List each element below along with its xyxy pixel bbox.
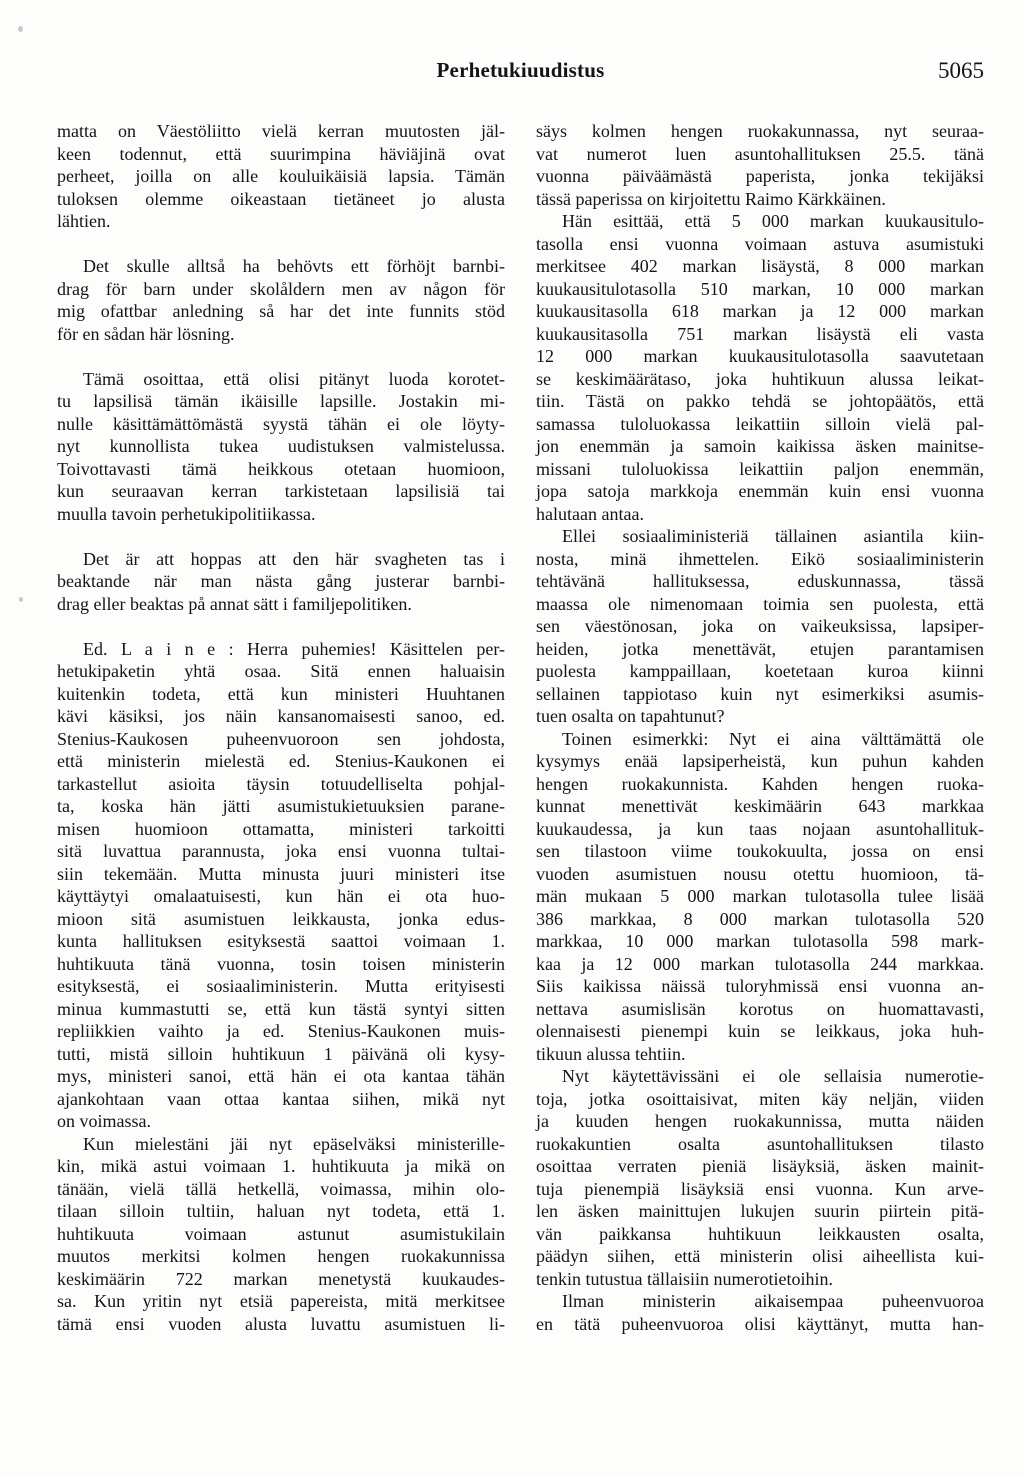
text-line: tasolla ensi vuonna voimaan astuva asumi… [536, 233, 984, 256]
text-line: tenkin tutustua tällaisiin numerotietoih… [536, 1268, 984, 1291]
text-line: matta on Väestöliitto vielä kerran muuto… [57, 120, 505, 143]
text-line: säys kolmen hengen ruokakunnassa, nyt se… [536, 120, 984, 143]
text-line: jon enemmän ja samoin kaikissa äsken mai… [536, 435, 984, 458]
paragraph: Ilman ministerin aikaisempaa puheenvuoro… [536, 1290, 984, 1335]
text-line: hengen ruokakunnista. Kahden hengen ruok… [536, 773, 984, 796]
text-line: mioon sitä asumistuen leikkausta, jonka … [57, 908, 505, 931]
text-line: sen väestönosan, joka on vaikeuksissa, l… [536, 615, 984, 638]
text-line: vat numerot luen asuntohallituksen 25.5.… [536, 143, 984, 166]
text-line: kunnat menettivät keskimäärin 643 markka… [536, 795, 984, 818]
text-line: len äsken mainittujen lukujen suurin pii… [536, 1200, 984, 1223]
text-line: 386 markkaa, 8 000 markan tulotasolla 52… [536, 908, 984, 931]
text-line: 12 000 markan kuukausitulotasolla saavut… [536, 345, 984, 368]
text-line: päädyn siihen, että ministerin olisi aih… [536, 1245, 984, 1268]
text-line: kuukausitasolla 618 markan ja 12 000 mar… [536, 300, 984, 323]
text-line: toja, jotka osoittaisivat, miten käy nel… [536, 1088, 984, 1111]
text-line: se keskimäärätaso, joka huhtikuun alussa… [536, 368, 984, 391]
text-line: kaa ja 12 000 markan tulotasolla 244 mar… [536, 953, 984, 976]
text-line: että ministerin mielestä ed. Stenius-Kau… [57, 750, 505, 773]
text-line: för en sådan här lösning. [57, 323, 505, 346]
text-line: missani tuloluokissa leikattiin paljon e… [536, 458, 984, 481]
scan-speck [19, 597, 23, 602]
text-line: nosta, minä ihmettelen. Eikö sosiaalimin… [536, 548, 984, 571]
text-line: Toivottavasti tämä heikkous otetaan huom… [57, 458, 505, 481]
text-line: Nyt käytettävissäni ei ole sellaisia num… [536, 1065, 984, 1088]
text-line: tarkastellut asioita täysin totuudellise… [57, 773, 505, 796]
text-line: tuloksen olemme oikeastaan tietäneet jo … [57, 188, 505, 211]
text-columns: matta on Väestöliitto vielä kerran muuto… [57, 120, 984, 1335]
text-line: tehtävänä hallituksessa, eduskunnassa, t… [536, 570, 984, 593]
text-line: perheet, joilla on alle kouluikäisiä lap… [57, 165, 505, 188]
text-line: huhtikuuta tänä vuonna, tosin toisen min… [57, 953, 505, 976]
text-line: samassa tuloluokassa leikattiin silloin … [536, 413, 984, 436]
page-header: Perhetukiuudistus 5065 [57, 57, 984, 84]
paragraph: Det är att hoppas att den här svagheten … [57, 548, 505, 616]
text-line: Det är att hoppas att den här svagheten … [57, 548, 505, 571]
paragraph: säys kolmen hengen ruokakunnassa, nyt se… [536, 120, 984, 210]
text-line: kuitenkin todeta, että kun ministeri Huu… [57, 683, 505, 706]
text-line: merkitsee 402 markan lisäystä, 8 000 mar… [536, 255, 984, 278]
text-line: keskimäärin 722 markan menetystä kuukaud… [57, 1268, 505, 1291]
text-line: kuukausitasolla 751 markan lisäystä eli … [536, 323, 984, 346]
text-line: tilaan silloin tultiin, haluan nyt todet… [57, 1200, 505, 1223]
text-line: Hän esittää, että 5 000 markan kuukausit… [536, 210, 984, 233]
paragraph: Toinen esimerkki: Nyt ei aina välttämätt… [536, 728, 984, 1066]
page-number: 5065 [938, 57, 984, 84]
text-line: nyt kunnollista tukea uudistuksen valmis… [57, 435, 505, 458]
paragraph: Tämä osoittaa, että olisi pitänyt luoda … [57, 368, 505, 526]
text-line: tässä paperissa on kirjoitettu Raimo Kär… [536, 188, 984, 211]
text-line: on voimassa. [57, 1110, 505, 1133]
paragraph: Nyt käytettävissäni ei ole sellaisia num… [536, 1065, 984, 1290]
paragraph: Ed. L a i n e : Herra puhemies! Käsittel… [57, 638, 505, 1133]
text-line: minua kummastutti se, että kun tästä syn… [57, 998, 505, 1021]
text-line: Kun mielestäni jäi nyt epäselväksi minis… [57, 1133, 505, 1156]
text-line: nettava asumislisän korotus on huomattav… [536, 998, 984, 1021]
text-line: tutti, mistä silloin huhtikuun 1 päivänä… [57, 1043, 505, 1066]
text-line: tikuun alussa tehtiin. [536, 1043, 984, 1066]
text-line: kävi käsiksi, jos näin kansanomaisesti s… [57, 705, 505, 728]
text-line: vuonna päiväämästä paperista, jonka teki… [536, 165, 984, 188]
text-line: repliikkien vaihto ja ed. Stenius-Kaukon… [57, 1020, 505, 1043]
text-line: sa. Kun yritin nyt etsiä papereista, mit… [57, 1290, 505, 1313]
paragraph: matta on Väestöliitto vielä kerran muuto… [57, 120, 505, 233]
text-line: sen tilastoon viime toukokuulta, jossa o… [536, 840, 984, 863]
text-line: olennaisesti pienempi kuin se leikkaus, … [536, 1020, 984, 1043]
text-line: tuja pienempiä lisäyksiä ensi vuonna. Ku… [536, 1178, 984, 1201]
text-line: ruokakuntien osalta asuntohallituksen ti… [536, 1133, 984, 1156]
text-line: drag eller beaktas på annat sätt i famil… [57, 593, 505, 616]
text-line: Ilman ministerin aikaisempaa puheenvuoro… [536, 1290, 984, 1313]
text-line: mys, ministeri sanoi, että hän ei ota ka… [57, 1065, 505, 1088]
text-line: kuukausitulotasolla 510 markan, 10 000 m… [536, 278, 984, 301]
page-title: Perhetukiuudistus [57, 57, 984, 84]
text-line: muulla tavoin perhetukipolitiikassa. [57, 503, 505, 526]
text-line: Stenius-Kaukosen puheenvuoroon sen johdo… [57, 728, 505, 751]
text-line: Siis kaikissa näissä tuloryhmissä ensi v… [536, 975, 984, 998]
text-line: siin tekemään. Mutta minusta juuri minis… [57, 863, 505, 886]
text-line: kuukaudessa, ja kun taas nojaan asuntoha… [536, 818, 984, 841]
right-column: säys kolmen hengen ruokakunnassa, nyt se… [536, 120, 984, 1335]
paragraph: Kun mielestäni jäi nyt epäselväksi minis… [57, 1133, 505, 1336]
text-line: en tätä puheenvuoroa olisi käyttänyt, mu… [536, 1313, 984, 1336]
text-line: muutos merkitsi kolmen hengen ruokakunni… [57, 1245, 505, 1268]
text-line: maassa ole nimenomaan toimia sen puolest… [536, 593, 984, 616]
text-line: huhtikuuta voimaan astunut asumistukilai… [57, 1223, 505, 1246]
left-column: matta on Väestöliitto vielä kerran muuto… [57, 120, 505, 1335]
text-line: tämä ensi vuoden alusta luvattu asumistu… [57, 1313, 505, 1336]
text-line: kin, mikä astui voimaan 1. huhtikuuta ja… [57, 1155, 505, 1178]
text-line: kun seuraavan kerran tarkistetaan lapsil… [57, 480, 505, 503]
paragraph: Ellei sosiaaliministeriä tällainen asian… [536, 525, 984, 728]
text-line: tänään, vielä tällä hetkellä, voimassa, … [57, 1178, 505, 1201]
text-line: esityksestä, ei sosiaaliministerin. Mutt… [57, 975, 505, 998]
text-line: vän paikkansa huhtikuun leikkausten osal… [536, 1223, 984, 1246]
text-line: ta, koska hän jätti asumistukietuuksien … [57, 795, 505, 818]
text-line: jopa satoja markkoja enemmän kuin ensi v… [536, 480, 984, 503]
text-line: Det skulle alltså ha behövts ett förhöjt… [57, 255, 505, 278]
text-line: Toinen esimerkki: Nyt ei aina välttämätt… [536, 728, 984, 751]
text-line: ja kuuden hengen ruokakunnissa, mutta nä… [536, 1110, 984, 1133]
text-line: keen todennut, että suurimpina häviäjinä… [57, 143, 505, 166]
text-line: vuoden asumistuen nousu otettu huomioon,… [536, 863, 984, 886]
text-line: Tämä osoittaa, että olisi pitänyt luoda … [57, 368, 505, 391]
paragraph: Det skulle alltså ha behövts ett förhöjt… [57, 255, 505, 345]
text-line: Ellei sosiaaliministeriä tällainen asian… [536, 525, 984, 548]
text-line: hetukipaketin yhtä osaa. Sitä ennen halu… [57, 660, 505, 683]
text-line: tuen osalta on tapahtunut? [536, 705, 984, 728]
text-line: markkaa, 10 000 markan tulotasolla 598 m… [536, 930, 984, 953]
text-line: kysymys enää lapsiperheistä, kun puhun k… [536, 750, 984, 773]
text-line: nulle käsittämättömästä syystä tähän ei … [57, 413, 505, 436]
text-line: ajankohtaan vaan ottaa kantaa siihen, mi… [57, 1088, 505, 1111]
text-line: sitä luvattua parannusta, joka ensi vuon… [57, 840, 505, 863]
text-line: sellainen tappiotaso kuin nyt esimerkiks… [536, 683, 984, 706]
text-line: beaktande när man nästa gång justerar ba… [57, 570, 505, 593]
text-line: tu lapsilisä tämän ikäisille lapsille. J… [57, 390, 505, 413]
text-line: lähtien. [57, 210, 505, 233]
text-line: misen huomioon ottamatta, ministeri tark… [57, 818, 505, 841]
text-line: halutaan antaa. [536, 503, 984, 526]
text-line: kunta hallituksen esityksestä saattoi vo… [57, 930, 505, 953]
text-line: puolesta kamppaillaan, koetetaan kuroa k… [536, 660, 984, 683]
document-page: Perhetukiuudistus 5065 matta on Väestöli… [0, 0, 1024, 1475]
text-line: Ed. L a i n e : Herra puhemies! Käsittel… [57, 638, 505, 661]
scan-speck [18, 26, 23, 32]
text-line: drag för barn under skolåldern men av nå… [57, 278, 505, 301]
text-line: käyttäytyi omalaatuisesti, kun hän ei ot… [57, 885, 505, 908]
text-line: tiin. Tästä on pakko tehdä se johtopäätö… [536, 390, 984, 413]
text-line: mig ofattbar anledning så har det inte f… [57, 300, 505, 323]
text-line: män mukaan 5 000 markan tulotasolla tule… [536, 885, 984, 908]
paragraph: Hän esittää, että 5 000 markan kuukausit… [536, 210, 984, 525]
text-line: osoittaa verraten pieniä lisäyksiä, äske… [536, 1155, 984, 1178]
text-line: heiden, jotka menettävät, etujen paranta… [536, 638, 984, 661]
